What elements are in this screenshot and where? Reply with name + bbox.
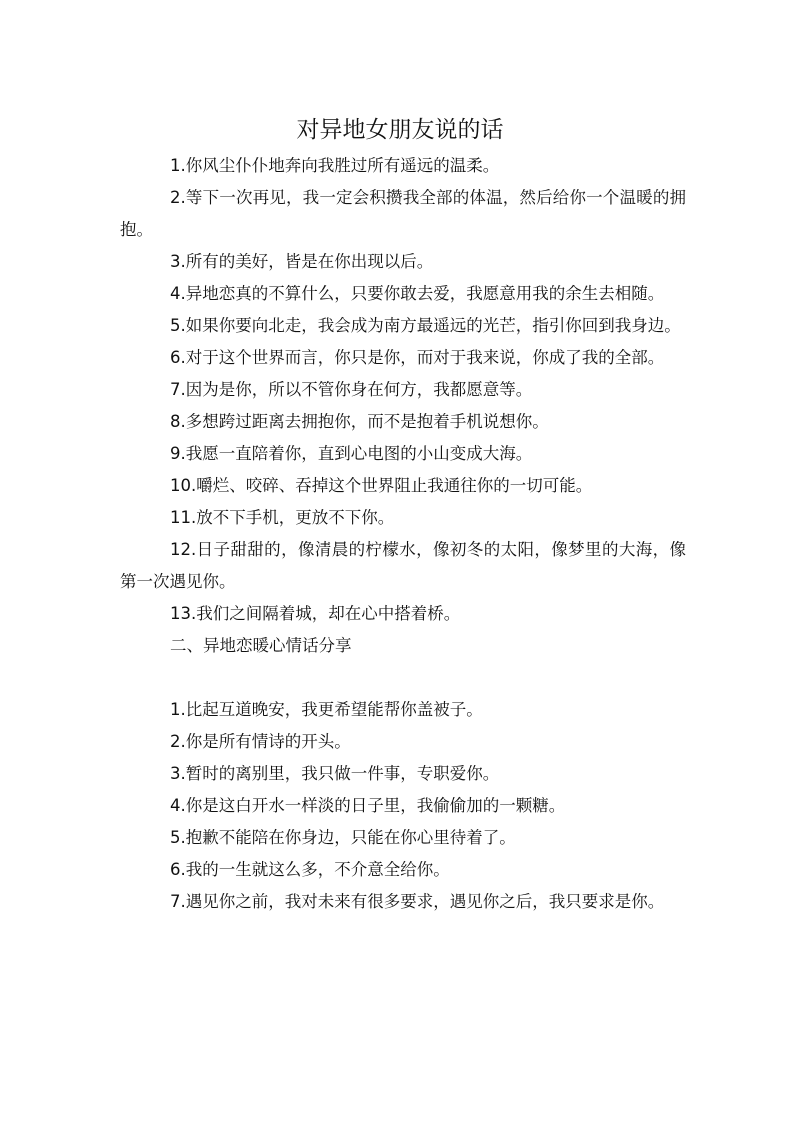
paragraph-s1-11: 11.放不下手机，更放不下你。 [120,502,686,534]
paragraph-s1-13: 13.我们之间隔着城，却在心中搭着桥。 [120,598,686,630]
paragraph-s2-5: 5.抱歉不能陪在你身边，只能在你心里待着了。 [120,822,686,854]
paragraph-s1-10: 10.嚼烂、咬碎、吞掉这个世界阻止我通往你的一切可能。 [120,470,686,502]
paragraph-s1-7: 7.因为是你，所以不管你身在何方，我都愿意等。 [120,374,686,406]
blank-line [120,662,686,694]
paragraph-s1-1: 1.你风尘仆仆地奔向我胜过所有遥远的温柔。 [120,150,686,182]
paragraph-s1-3: 3.所有的美好，皆是在你出现以后。 [120,246,686,278]
section-heading: 二、异地恋暖心情话分享 [120,630,686,662]
paragraph-s1-9: 9.我愿一直陪着你，直到心电图的小山变成大海。 [120,438,686,470]
paragraph-s1-2: 2.等下一次再见，我一定会积攒我全部的体温，然后给你一个温暖的拥抱。 [120,182,686,246]
paragraph-s2-6: 6.我的一生就这么多，不介意全给你。 [120,854,686,886]
paragraph-s1-12: 12.日子甜甜的，像清晨的柠檬水，像初冬的太阳，像梦里的大海，像第一次遇见你。 [120,534,686,598]
paragraph-s2-4: 4.你是这白开水一样淡的日子里，我偷偷加的一颗糖。 [120,790,686,822]
paragraph-s2-3: 3.暂时的离别里，我只做一件事，专职爱你。 [120,758,686,790]
paragraph-s2-2: 2.你是所有情诗的开头。 [120,726,686,758]
paragraph-s1-4: 4.异地恋真的不算什么，只要你敢去爱，我愿意用我的余生去相随。 [120,278,686,310]
document-body: 1.你风尘仆仆地奔向我胜过所有遥远的温柔。 2.等下一次再见，我一定会积攒我全部… [120,150,686,918]
paragraph-s2-1: 1.比起互道晚安，我更希望能帮你盖被子。 [120,694,686,726]
document-title: 对异地女朋友说的话 [0,112,800,148]
document-page: 对异地女朋友说的话 1.你风尘仆仆地奔向我胜过所有遥远的温柔。 2.等下一次再见… [0,0,800,1131]
paragraph-s2-7: 7.遇见你之前，我对未来有很多要求，遇见你之后，我只要求是你。 [120,886,686,918]
paragraph-s1-6: 6.对于这个世界而言，你只是你，而对于我来说，你成了我的全部。 [120,342,686,374]
paragraph-s1-5: 5.如果你要向北走，我会成为南方最遥远的光芒，指引你回到我身边。 [120,310,686,342]
paragraph-s1-8: 8.多想跨过距离去拥抱你，而不是抱着手机说想你。 [120,406,686,438]
